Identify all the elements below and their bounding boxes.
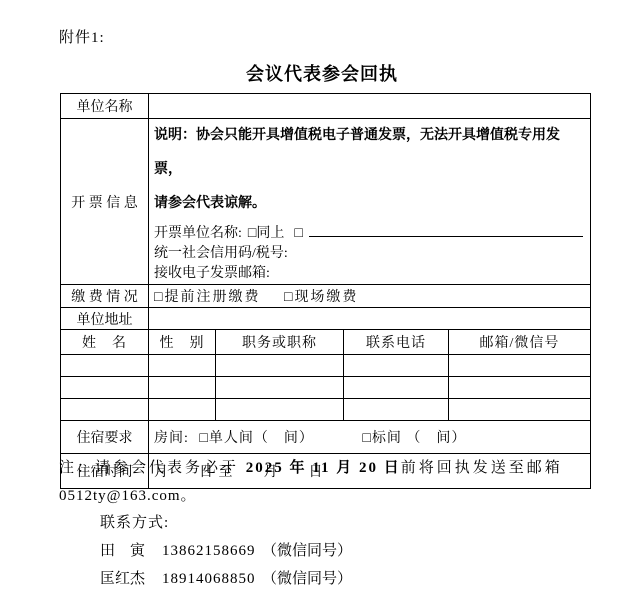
attendee-cell[interactable] (216, 377, 344, 399)
attendee-cell[interactable] (216, 355, 344, 377)
payment-option-advance[interactable]: □提前注册缴费 (154, 290, 260, 305)
contact-heading: 联系方式: (59, 514, 605, 533)
attendee-cell[interactable] (344, 355, 449, 377)
unit-name-row: 单位名称 (61, 94, 591, 119)
checkbox-other-unit-icon[interactable]: □ (294, 224, 302, 244)
attendee-cell[interactable] (61, 377, 149, 399)
col-header-position: 职务或职称 (216, 330, 344, 355)
invoice-notice-line1: 说明：协会只能开具增值税电子普通发票，无法开具增值税专用发票， (154, 119, 585, 187)
tax-code-field-label: 统一社会信用码/税号: (154, 244, 585, 264)
advance-payment-label: 提前注册缴费 (164, 290, 260, 305)
contact-name: 匡红杰 (100, 570, 162, 589)
attendee-cell[interactable] (449, 355, 591, 377)
attendee-cell[interactable] (149, 355, 216, 377)
attachment-label: 附件1: (59, 26, 105, 47)
reply-email: 0512ty@163.com。 (59, 486, 605, 506)
contact-name: 田 寅 (100, 542, 162, 561)
col-header-gender: 性 别 (149, 330, 216, 355)
invoice-notice: 说明：协会只能开具增值税电子普通发票，无法开具增值税专用发票， 请参会代表谅解。 (154, 119, 585, 221)
contact-phone: 13862158669 (162, 542, 262, 561)
payment-option-onsite[interactable]: □现场缴费 (284, 290, 358, 305)
contact-row-1: 田 寅13862158669（微信同号） (59, 542, 605, 561)
deadline-date: 2025 年 11 月 20 日 (246, 460, 401, 476)
attendee-cell[interactable] (149, 399, 216, 421)
room-option-single[interactable]: □单人间（ 间） (199, 431, 313, 446)
footer-notes: 注：请参会代表务必于 2025 年 11 月 20 日前将回执发送至邮箱 051… (59, 455, 605, 589)
col-header-phone: 联系电话 (344, 330, 449, 355)
invoice-notice-line2: 请参会代表谅解。 (154, 187, 585, 221)
col-header-name: 姓 名 (61, 330, 149, 355)
document-page: 附件1: 会议代表参会回执 单位名称 开 票 信 息 说明：协会只能开具增值税电… (0, 0, 644, 605)
contact-phone: 18914068850 (162, 570, 262, 589)
attendee-cell[interactable] (149, 377, 216, 399)
unit-address-input-cell[interactable] (149, 308, 591, 330)
invoice-info-row: 开 票 信 息 说明：协会只能开具增值税电子普通发票，无法开具增值税专用发票， … (61, 119, 591, 285)
onsite-payment-label: 现场缴费 (294, 290, 358, 305)
attendee-cell[interactable] (61, 399, 149, 421)
attendee-row (61, 399, 591, 421)
attendee-header-row: 姓 名 性 别 职务或职称 联系电话 邮箱/微信号 (61, 330, 591, 355)
checkbox-standard-room-icon[interactable]: □ (362, 431, 371, 447)
same-as-above-option[interactable]: □同上 (248, 224, 284, 244)
invoice-info-cell: 说明：协会只能开具增值税电子普通发票，无法开具增值税专用发票， 请参会代表谅解。… (149, 119, 591, 285)
attendee-cell[interactable] (344, 399, 449, 421)
payment-row: 缴 费 情 况 □提前注册缴费 □现场缴费 (61, 285, 591, 308)
invoice-unit-line: 开票单位名称: □同上 □ (154, 221, 585, 244)
unit-address-row: 单位地址 (61, 308, 591, 330)
contact-wechat-note: （微信同号） (262, 543, 352, 559)
reply-form-table: 单位名称 开 票 信 息 说明：协会只能开具增值税电子普通发票，无法开具增值税专… (60, 93, 591, 489)
page-title: 会议代表参会回执 (0, 60, 644, 86)
attendee-row (61, 377, 591, 399)
invoice-info-label: 开 票 信 息 (61, 119, 149, 285)
standard-room-label: 标间 （ 间） (372, 431, 467, 446)
single-room-label: 单人间（ 间） (209, 431, 314, 446)
accommodation-options-cell: 房间: □单人间（ 间） □标间 （ 间） (149, 421, 591, 454)
deadline-note: 注：请参会代表务必于 2025 年 11 月 20 日前将回执发送至邮箱 (59, 455, 605, 481)
room-prefix-label: 房间: (154, 431, 189, 446)
room-option-standard[interactable]: □标间 （ 间） (362, 431, 466, 446)
checkbox-onsite-payment-icon[interactable]: □ (284, 290, 294, 306)
invoice-email-field-label: 接收电子发票邮箱: (154, 264, 585, 284)
attendee-cell[interactable] (216, 399, 344, 421)
same-as-above-label: 同上 (256, 226, 284, 241)
accommodation-label: 住宿要求 (61, 421, 149, 454)
checkbox-single-room-icon[interactable]: □ (199, 431, 208, 447)
contact-row-2: 匡红杰18914068850（微信同号） (59, 570, 605, 589)
attendee-cell[interactable] (344, 377, 449, 399)
attendee-cell[interactable] (449, 377, 591, 399)
invoice-unit-field-label: 开票单位名称: (154, 224, 242, 244)
unit-name-label: 单位名称 (61, 94, 149, 119)
checkbox-advance-payment-icon[interactable]: □ (154, 290, 164, 306)
attendee-cell[interactable] (61, 355, 149, 377)
contact-wechat-note: （微信同号） (262, 571, 352, 587)
accommodation-row: 住宿要求 房间: □单人间（ 间） □标间 （ 间） (61, 421, 591, 454)
deadline-note-suffix: 前将回执发送至邮箱 (401, 460, 563, 476)
invoice-unit-blank-line[interactable] (309, 221, 583, 237)
payment-options-cell: □提前注册缴费 □现场缴费 (149, 285, 591, 308)
payment-label: 缴 费 情 况 (61, 285, 149, 308)
col-header-email-wechat: 邮箱/微信号 (449, 330, 591, 355)
attendee-row (61, 355, 591, 377)
deadline-note-prefix: 注：请参会代表务必于 (59, 460, 246, 476)
unit-address-label: 单位地址 (61, 308, 149, 330)
unit-name-input-cell[interactable] (149, 94, 591, 119)
attendee-cell[interactable] (449, 399, 591, 421)
